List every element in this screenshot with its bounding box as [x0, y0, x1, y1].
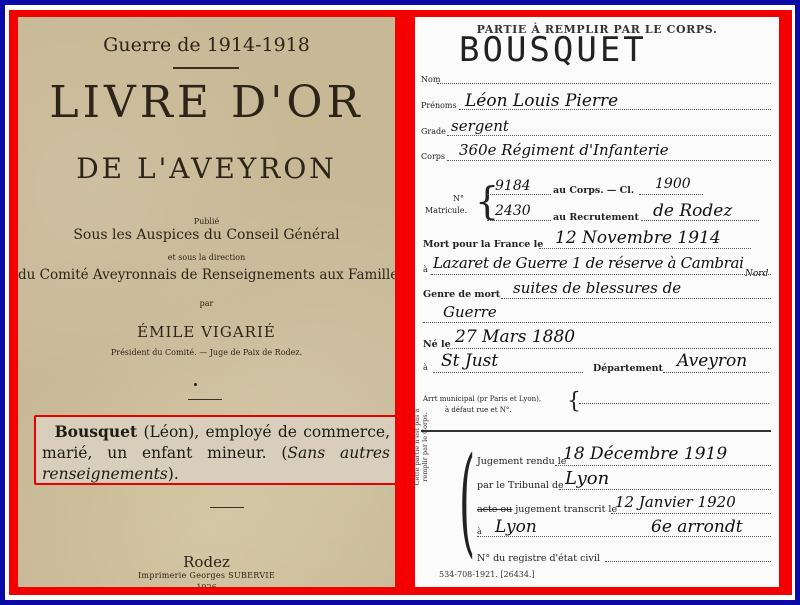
brace-jugement: (	[459, 441, 475, 559]
label-corps: Corps	[421, 152, 445, 161]
line-classe	[639, 194, 703, 195]
cover-author: ÉMILE VIGARIÉ	[18, 323, 395, 341]
line-departement	[663, 372, 769, 373]
line-date-deces	[539, 248, 751, 249]
line-no-corps	[487, 194, 551, 195]
form-footer-ref: 534-708-1921. [26434.]	[439, 570, 535, 579]
cover-author-role: Président du Comité. — Juge de Paix de R…	[18, 348, 395, 357]
cover-auspices: Sous les Auspices du Conseil Général	[18, 227, 395, 243]
label-transcrit-text: jugement transcrit le	[515, 504, 617, 515]
side-note: Cette partie n'est pas à remplir par le …	[415, 407, 429, 487]
label-no: N°	[453, 194, 464, 203]
label-lieu-naissance: à	[423, 363, 428, 372]
cover-sous-direction: et sous la direction	[18, 253, 395, 262]
label-prenoms: Prénoms	[421, 101, 457, 110]
cover-year: 1926	[18, 583, 395, 587]
cover-place: Rodez	[18, 553, 395, 571]
line-transcrit	[611, 513, 771, 514]
cover-divider	[188, 399, 222, 400]
brace-arr-municipal: {	[567, 391, 581, 413]
line-lieu-naissance	[433, 372, 583, 373]
line-transcrit-lieu	[477, 536, 771, 537]
cover-ornament-dot	[194, 383, 197, 386]
value-date-naissance: 27 Mars 1880	[455, 327, 575, 347]
cover-divider	[210, 507, 244, 508]
line-prenoms	[459, 109, 771, 110]
line-recrutement	[641, 220, 759, 221]
value-genre-de-mort: suites de blessures de	[513, 279, 681, 297]
line-registre	[605, 561, 771, 562]
value-no-corps: 9184	[495, 178, 531, 194]
value-jugement-rendu: 18 Décembre 1919	[563, 444, 727, 464]
cover-main-title: LIVRE D'OR	[18, 81, 395, 125]
line-genre-de-mort	[501, 298, 771, 299]
label-matricule: Matricule.	[425, 206, 467, 215]
cover-printer: Imprimerie Georges SUBERVIE	[18, 571, 395, 580]
value-grade: sergent	[451, 117, 509, 135]
value-corps: 360e Régiment d'Infanterie	[459, 141, 669, 159]
cover-war-title: Guerre de 1914-1918	[18, 34, 395, 56]
label-transcrit: acte ou jugement transcrit le	[477, 504, 617, 515]
label-registre: N° du registre d'état civil	[477, 553, 600, 564]
line-jugement-rendu	[555, 465, 771, 466]
value-date-deces: 12 Novembre 1914	[555, 228, 721, 248]
label-au-corps: au Corps. — Cl.	[553, 185, 634, 196]
line-genre-de-mort-2	[423, 322, 771, 323]
value-transcrit-arrondissement: 6e arrondt	[651, 517, 743, 537]
line-lieu-deces	[431, 274, 771, 275]
left-panel-frame: Guerre de 1914-1918 LIVRE D'OR DE L'AVEY…	[9, 10, 405, 595]
line-grade	[447, 135, 771, 136]
value-lieu-deces: Lazaret de Guerre 1 de réserve à Cambrai	[433, 254, 744, 272]
label-arr-municipal: Arrt municipal (pr Paris et Lyon),	[423, 395, 541, 403]
value-prenoms: Léon Louis Pierre	[465, 91, 618, 111]
value-lieu-naissance: St Just	[441, 351, 498, 371]
line-corps	[447, 160, 771, 161]
value-departement: Aveyron	[677, 351, 747, 371]
entry-surname: Bousquet	[55, 422, 138, 441]
value-no-recrutement: 2430	[495, 203, 531, 219]
value-recrutement-lieu: de Rodez	[653, 201, 732, 221]
registry-form: PARTIE À REMPLIR PAR LE CORPS. Nom BOUSQ…	[415, 17, 779, 587]
value-transcrit-lieu: Lyon	[495, 517, 537, 537]
right-panel-frame: PARTIE À REMPLIR PAR LE CORPS. Nom BOUSQ…	[405, 10, 792, 595]
label-transcrit-lieu: à	[477, 527, 482, 536]
line-arr-municipal	[579, 403, 769, 404]
cover-publie: Publié	[18, 217, 395, 226]
label-transcrit-struck: acte ou	[477, 504, 512, 515]
label-mort-pour-la-france: Mort pour la France le	[423, 239, 543, 250]
book-cover: Guerre de 1914-1918 LIVRE D'OR DE L'AVEY…	[18, 17, 395, 587]
cover-comite: du Comité Aveyronnais de Renseignements …	[18, 267, 391, 283]
label-jugement-rendu: Jugement rendu le	[477, 456, 566, 467]
cover-par: par	[18, 299, 395, 308]
line-no-recrutement	[487, 220, 551, 221]
line-ne-le	[447, 348, 771, 349]
line-nom	[437, 83, 771, 84]
label-departement: Département	[593, 363, 663, 374]
label-genre-de-mort: Genre de mort	[423, 289, 500, 300]
value-classe: 1900	[655, 176, 691, 192]
label-grade: Grade	[421, 127, 446, 136]
label-tribunal: par le Tribunal de	[477, 480, 564, 491]
label-au-recrutement: au Recrutement	[553, 212, 639, 223]
label-arr-municipal-2: à défaut rue et N°.	[445, 406, 512, 414]
entry-tail: ).	[168, 465, 179, 483]
label-lieu-deces: à	[423, 265, 428, 274]
cover-divider	[173, 67, 239, 69]
value-transcrit: 12 Janvier 1920	[615, 493, 736, 511]
highlighted-entry: Bousquet (Léon), employé de commerce, ma…	[34, 415, 395, 485]
cover-subtitle: DE L'AVEYRON	[18, 155, 395, 183]
value-tribunal: Lyon	[565, 468, 609, 489]
value-genre-de-mort-2: Guerre	[443, 303, 497, 321]
line-tribunal	[559, 489, 771, 490]
value-nom: BOUSQUET	[459, 33, 647, 67]
